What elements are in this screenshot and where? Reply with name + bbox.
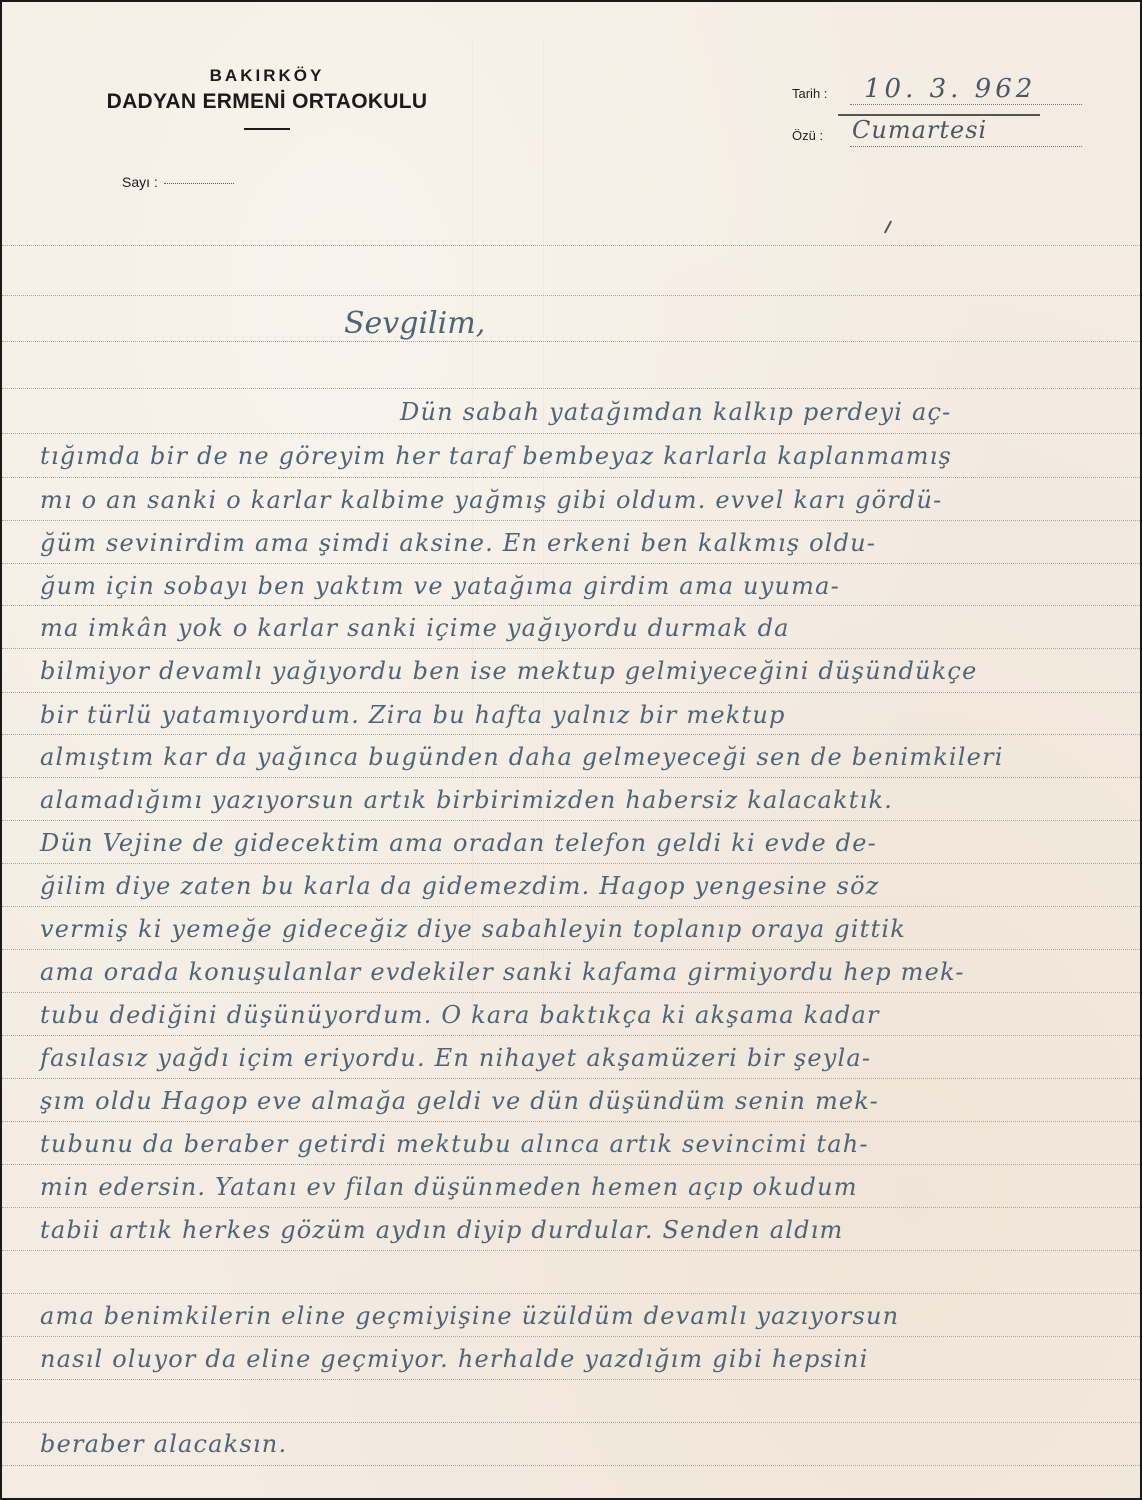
ozu-value: Cumartesi bbox=[852, 116, 987, 144]
body-line: tığımda bir de ne göreyim her taraf bemb… bbox=[40, 442, 952, 470]
body-line: almıştım kar da yağınca bugünden daha ge… bbox=[40, 743, 1004, 771]
tarih-label: Tarih : bbox=[792, 86, 827, 101]
body-line: tubu dediğini düşünüyordum. O kara baktı… bbox=[40, 1001, 880, 1029]
body-line: alamadığımı yazıyorsun artık birbirimizd… bbox=[40, 786, 893, 814]
pen-mark bbox=[884, 220, 892, 233]
tarih-dotted-line bbox=[850, 104, 1082, 105]
body-line: tubunu da beraber getirdi mektubu alınca… bbox=[40, 1130, 869, 1158]
ozu-field: Özü : Cumartesi bbox=[792, 128, 1092, 152]
body-line: ğilim diye zaten bu karla da gidemezdim.… bbox=[40, 872, 880, 900]
ozu-label: Özü : bbox=[792, 128, 823, 143]
body-line: ğum için sobayı ben yaktım ve yatağıma g… bbox=[40, 572, 840, 600]
body-line: ma imkân yok o karlar sanki içime yağıyo… bbox=[40, 614, 790, 642]
body-line: ama benimkilerin eline geçmiyişine üzüld… bbox=[40, 1302, 899, 1330]
body-line: bilmiyor devamlı yağıyordu ben ise mektu… bbox=[40, 657, 977, 685]
sayi-label: Sayı : bbox=[122, 174, 158, 190]
body-line: mı o an sanki o karlar kalbime yağmış gi… bbox=[40, 486, 942, 514]
sayi-blank-line bbox=[164, 183, 234, 184]
body-line: bir türlü yatamıyordum. Zira bu hafta ya… bbox=[40, 701, 786, 729]
body-line: vermiş ki yemeğe gideceğiz diye sabahley… bbox=[40, 915, 906, 943]
tarih-field: Tarih : 10. 3. 962 bbox=[792, 86, 1092, 110]
ozu-dotted-line bbox=[850, 146, 1082, 147]
body-line: ğüm sevinirdim ama şimdi aksine. En erke… bbox=[40, 529, 876, 557]
salutation: Sevgilim, bbox=[344, 306, 485, 341]
sayi-field: Sayı : bbox=[122, 174, 234, 190]
body-line: nasıl oluyor da eline geçmiyor. herhalde… bbox=[40, 1345, 868, 1373]
body-line: fasılasız yağdı içim eriyordu. En nihaye… bbox=[40, 1044, 871, 1072]
letter-page: BAKIRKÖY DADYAN ERMENİ ORTAOKULU Sayı : … bbox=[2, 2, 1140, 1498]
body-line: tabii artık herkes gözüm aydın diyip dur… bbox=[40, 1216, 843, 1244]
letterhead-divider bbox=[244, 128, 290, 130]
body-line: Dün Vejine de gidecektim ama oradan tele… bbox=[40, 829, 877, 857]
letterhead-school-name: DADYAN ERMENİ ORTAOKULU bbox=[72, 88, 462, 116]
letterhead: BAKIRKÖY DADYAN ERMENİ ORTAOKULU bbox=[72, 66, 462, 130]
body-line: şım oldu Hagop eve almağa geldi ve dün d… bbox=[40, 1087, 879, 1115]
body-line: min edersin. Yatanı ev filan düşünmeden … bbox=[40, 1173, 858, 1201]
body-line: ama orada konuşulanlar evdekiler sanki k… bbox=[40, 958, 965, 986]
letterhead-city: BAKIRKÖY bbox=[72, 66, 462, 86]
body-line: beraber alacaksın. bbox=[40, 1430, 287, 1458]
tarih-value: 10. 3. 962 bbox=[864, 74, 1036, 104]
body-line: Dün sabah yatağımdan kalkıp perdeyi aç- bbox=[400, 398, 951, 426]
